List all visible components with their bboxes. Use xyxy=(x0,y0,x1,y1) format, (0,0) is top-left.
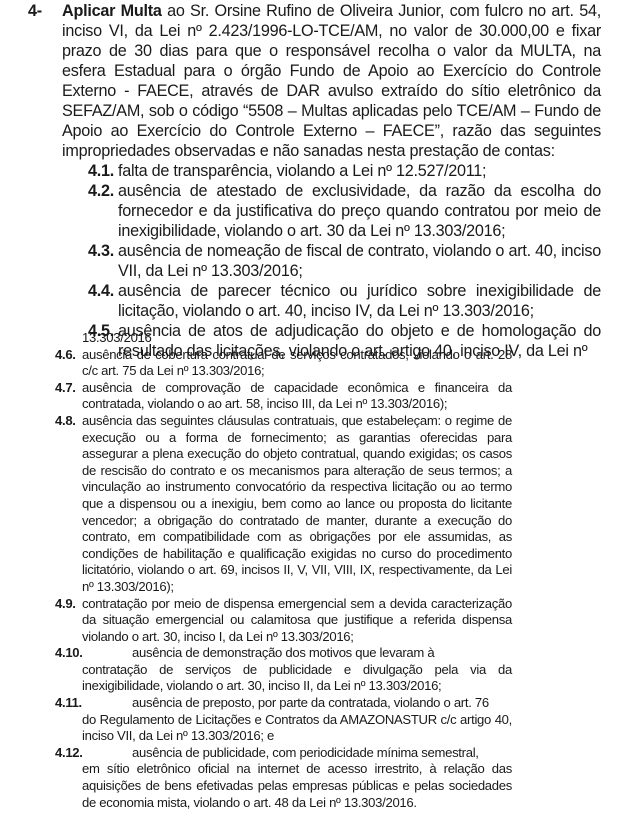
list-item: 4.12.ausência de publicidade, com period… xyxy=(55,745,512,811)
continuation-text: 13.303/2016 xyxy=(82,330,512,347)
list-item: 4.10.ausência de demonstração dos motivo… xyxy=(55,645,512,695)
list-item: 4.9.contratação por meio de dispensa eme… xyxy=(55,596,512,646)
list-item: 4.4.ausência de parecer técnico ou juríd… xyxy=(88,281,601,321)
section-4-paragraph: 4- Aplicar Multa ao Sr. Orsine Rufino de… xyxy=(28,1,601,161)
document-page: 4- Aplicar Multa ao Sr. Orsine Rufino de… xyxy=(0,0,621,823)
section-number: 4- xyxy=(28,1,62,161)
section-4-top: 4- Aplicar Multa ao Sr. Orsine Rufino de… xyxy=(28,1,601,361)
list-item: 4.7.ausência de comprovação de capacidad… xyxy=(55,380,512,413)
list-item: 4.2.ausência de atestado de exclusividad… xyxy=(88,181,601,241)
section-lead-bold: Aplicar Multa xyxy=(62,2,162,20)
list-item: 4.3.ausência de nomeação de fiscal de co… xyxy=(88,241,601,281)
section-4-bottom: 13.303/2016 4.6.ausência de cobertura co… xyxy=(55,330,512,811)
list-item: 4.8.ausência das seguintes cláusulas con… xyxy=(55,413,512,596)
list-item: 4.11.ausência de preposto, por parte da … xyxy=(55,695,512,745)
list-item: 4.6.ausência de cobertura contratual de … xyxy=(55,347,512,380)
list-item: 4.1.falta de transparência, violando a L… xyxy=(88,161,601,181)
section-lead-text: ao Sr. Orsine Rufino de Oliveira Junior,… xyxy=(62,2,601,160)
